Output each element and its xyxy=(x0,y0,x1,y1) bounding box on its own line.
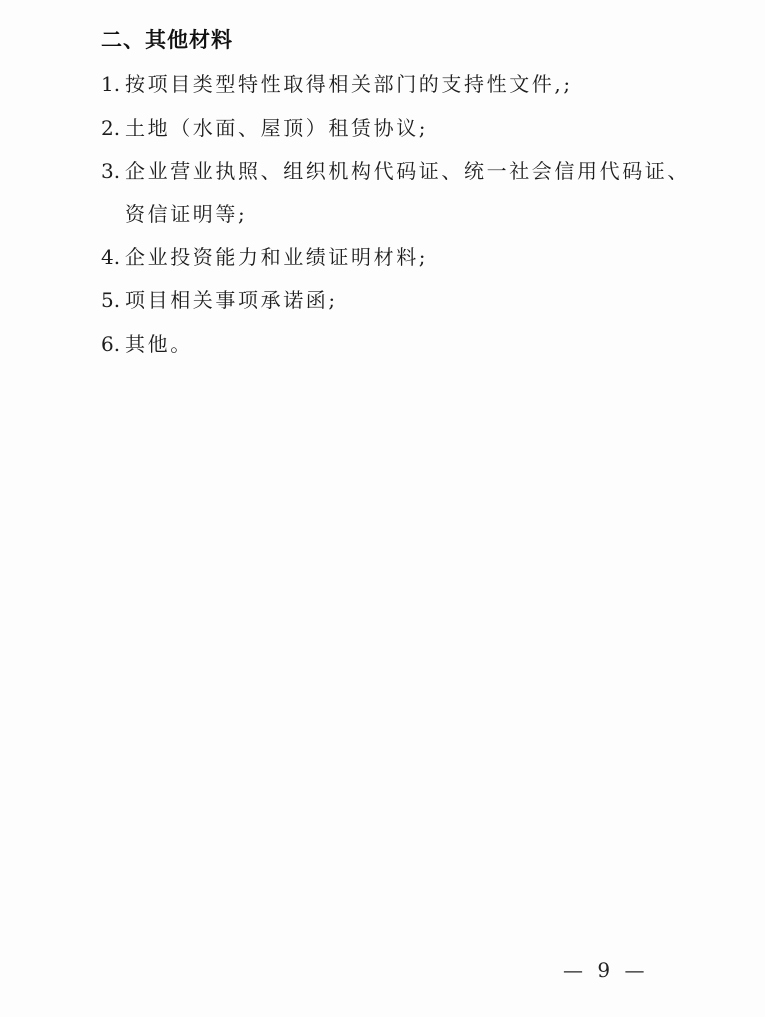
list-item-text: 土地（水面、屋顶）租赁协议; xyxy=(125,116,428,140)
list-item-5: 5.项目相关事项承诺函; xyxy=(101,284,338,313)
list-item-number: 5. xyxy=(101,288,125,312)
list-item-number: 6. xyxy=(101,332,125,356)
list-item-text: 企业营业执照、组织机构代码证、统一社会信用代码证、 xyxy=(125,159,690,183)
list-item-text: 其他。 xyxy=(125,332,193,356)
list-item-number: 3. xyxy=(101,159,125,183)
list-item-6: 6.其他。 xyxy=(101,328,193,357)
list-item-number: 1. xyxy=(101,72,125,96)
list-item-2: 2.土地（水面、屋顶）租赁协议; xyxy=(101,112,428,141)
list-item-number: 4. xyxy=(101,245,125,269)
list-item-text: 按项目类型特性取得相关部门的支持性文件,; xyxy=(125,72,573,96)
list-item-3: 3.企业营业执照、组织机构代码证、统一社会信用代码证、 xyxy=(101,155,690,184)
list-item-text: 项目相关事项承诺函; xyxy=(125,288,338,312)
section-heading: 二、其他材料 xyxy=(101,24,233,54)
document-page: 二、其他材料 1.按项目类型特性取得相关部门的支持性文件,; 2.土地（水面、屋… xyxy=(0,0,765,1017)
list-item-number: 2. xyxy=(101,116,125,140)
list-item-3-continuation: 资信证明等; xyxy=(125,198,247,227)
list-item-text: 企业投资能力和业绩证明材料; xyxy=(125,245,428,269)
page-number: — 9 — xyxy=(563,958,648,982)
list-item-4: 4.企业投资能力和业绩证明材料; xyxy=(101,241,428,270)
list-item-1: 1.按项目类型特性取得相关部门的支持性文件,; xyxy=(101,68,573,97)
